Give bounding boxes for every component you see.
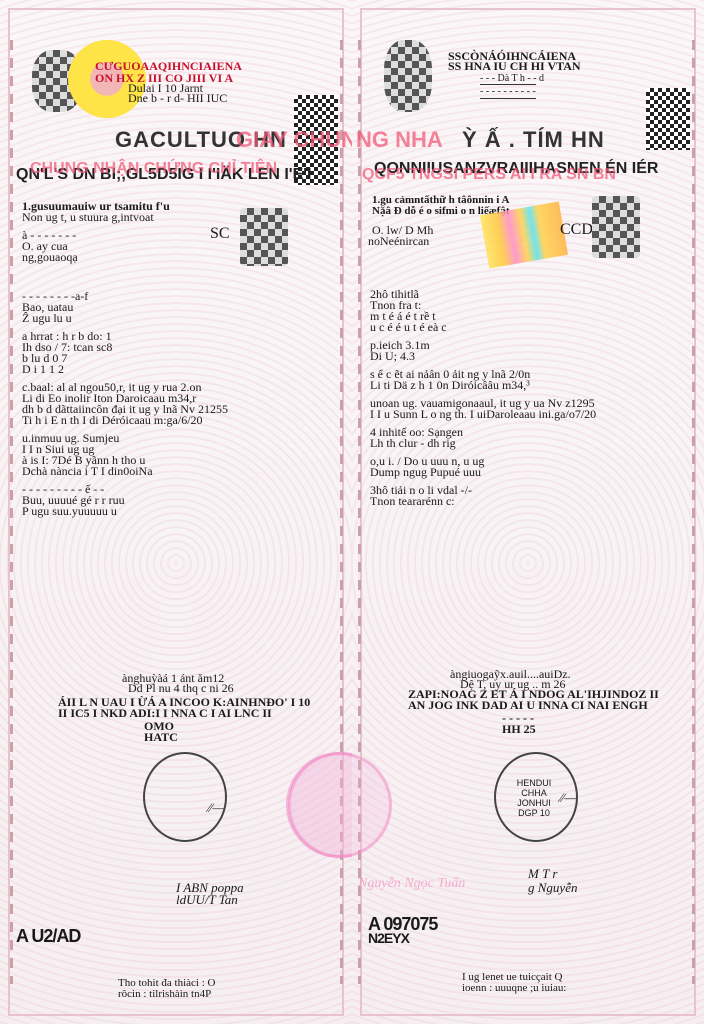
- section2-line: P ugu suu.yuuuuu u: [22, 505, 117, 517]
- signature-mark: ⁄⁄—: [208, 800, 224, 816]
- issuer-line-4: HH 25: [502, 723, 536, 735]
- section2-line: Dchà nància i T I din0oiNa: [22, 465, 153, 477]
- issuer-line-2: II IC5 I NKD ADI:I I NNA C I AI LNC II: [58, 707, 272, 719]
- issuer-line-4: HATC: [144, 731, 178, 743]
- section2-line: u c é é u t é eà c: [370, 321, 447, 333]
- seal-graphic-icon: [240, 208, 288, 266]
- watermark-subtitle: QCF5 TNGSI PERS AI I RA SN BN: [362, 166, 616, 184]
- header-line-4: Dne b - r d- HII IUC: [128, 92, 227, 105]
- left-dashed-margin: [10, 40, 13, 984]
- section2-line: Li ti Dä z h 1 0n Diróicââu m34,³: [370, 379, 530, 391]
- section2-line: Tnon teararénn c:: [370, 495, 455, 507]
- right-page: SSCÒNÁÓIHNCÁIENA SS HNA IU CH HI VTAN - …: [352, 0, 704, 1024]
- header-line-4: - - - - - - - - - -: [480, 84, 536, 99]
- section1-line-5: ng,gouaoqạ: [22, 251, 78, 263]
- serial-number-2: N2EYX: [368, 930, 409, 946]
- stamp-text-line: JONHUI: [502, 798, 566, 808]
- official-stamp: [143, 752, 227, 842]
- footer-line-2: rôcin : tilrishàin tn4P: [118, 989, 211, 1000]
- signature-mark: ⁄⁄—: [560, 790, 576, 806]
- seal-graphic-icon: [592, 196, 640, 258]
- watermark-subtitle: CHUNG NHẬN CHỨNG CHỈ TIÊN: [30, 160, 277, 178]
- qr-code-icon: [646, 88, 690, 150]
- issuer-line-2: AN JOG INK DAD AI U INNA CI NAI ENGH: [408, 699, 648, 711]
- seal-text: SC: [210, 228, 230, 240]
- stamp-text-line: DGP 10: [502, 808, 566, 818]
- section2-line: Lh th clur - dh rig: [370, 437, 456, 449]
- section2-line: Ẑ ugu lu u: [22, 312, 72, 324]
- footer-line-2: ioenn : uuuqne ;u iuiau:: [462, 983, 566, 994]
- right-dashed-margin: [692, 40, 695, 984]
- section2-line: Ti h i E n th I di Déróicaau m:ga/6/20: [22, 414, 203, 426]
- serial-number: A U2/AD: [16, 926, 80, 947]
- left-page: CƯGUOAAQIHNCIAIENA ON HX Z III CO JIII V…: [0, 0, 352, 1024]
- section2-line: Di U; 4.3: [370, 350, 415, 362]
- signer-name-2: g Nguyễn: [528, 880, 577, 896]
- watermark-title: NG NHA: [356, 127, 443, 153]
- stamp-text-line: CHHA: [502, 788, 566, 798]
- section2-line: D i 1 1 2: [22, 363, 64, 375]
- grayscale-emblem-icon: [384, 40, 432, 112]
- signer-name-2: ldUU/T Tan: [176, 892, 238, 908]
- pink-signature-name: Nguyễn Ngọc Tuấn: [358, 876, 465, 892]
- section2-line: Dump ngug Pupué uuu: [370, 466, 481, 478]
- section1-line-2: Non ug t, u stuura g,intvoat: [22, 211, 154, 223]
- stamp-text: HENDUICHHAJONHUIDGP 10: [502, 778, 566, 818]
- pink-stamp: [286, 752, 392, 858]
- date-line-2: Dd Pl nu 4 thq c ni 26: [128, 682, 234, 694]
- stamp-text-line: HENDUI: [502, 778, 566, 788]
- section2-line: I I u Sunn L o ng th. I uiDaroleaau ini.…: [370, 408, 596, 420]
- certificate-title: Ỳ Ấ . TÍM HN: [462, 127, 605, 153]
- section1-line-4: noNeénircan: [368, 235, 429, 247]
